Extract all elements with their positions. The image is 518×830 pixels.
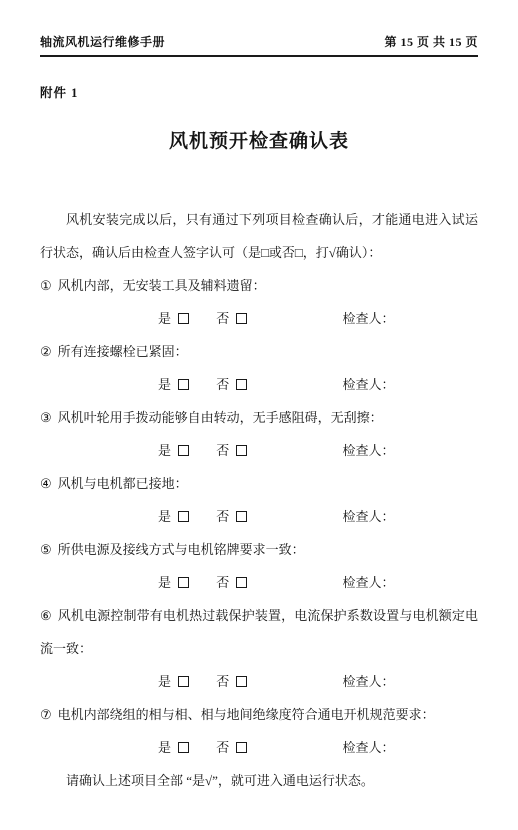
item-6-yes-checkbox[interactable] [178, 676, 189, 687]
header-page-number: 第 15 页 共 15 页 [384, 33, 478, 50]
header-manual-title: 轴流风机运行维修手册 [40, 33, 165, 50]
item-1-description: 风机内部，无安装工具及辅料遗留： [58, 278, 266, 293]
no-label: 否 [216, 674, 229, 689]
checklist-item-5: ⑤所供电源及接线方式与电机铭牌要求一致： 是 否 检查人： [40, 533, 478, 599]
item-6-number: ⑥ [40, 608, 52, 623]
item-5-text: ⑤所供电源及接线方式与电机铭牌要求一致： [40, 533, 478, 566]
item-7-response-row: 是 否 检查人： [40, 731, 478, 764]
yes-label: 是 [158, 575, 171, 590]
yes-label: 是 [158, 509, 171, 524]
inspector-label: 检查人： [343, 575, 395, 590]
item-2-description: 所有连接螺栓已紧固： [58, 344, 188, 359]
inspector-label: 检查人： [343, 674, 395, 689]
inspector-label: 检查人： [343, 443, 395, 458]
item-5-description: 所供电源及接线方式与电机铭牌要求一致： [58, 542, 305, 557]
no-label: 否 [216, 740, 229, 755]
item-2-response-row: 是 否 检查人： [40, 368, 478, 401]
item-4-text: ④风机与电机都已接地： [40, 467, 478, 500]
yes-label: 是 [158, 740, 171, 755]
inspector-label: 检查人： [343, 311, 395, 326]
item-4-response-row: 是 否 检查人： [40, 500, 478, 533]
checklist-item-1: ①风机内部，无安装工具及辅料遗留： 是 否 检查人： [40, 269, 478, 335]
item-3-no-checkbox[interactable] [236, 445, 247, 456]
item-7-text: ⑦电机内部绕组的相与相、相与地间绝缘度符合通电开机规范要求： [40, 698, 478, 731]
item-5-response-row: 是 否 检查人： [40, 566, 478, 599]
item-1-yes-checkbox[interactable] [178, 313, 189, 324]
item-7-number: ⑦ [40, 707, 52, 722]
no-label: 否 [216, 443, 229, 458]
item-3-description: 风机叶轮用手拨动能够自由转动，无手感阻碍，无刮擦： [58, 410, 383, 425]
item-2-yes-checkbox[interactable] [178, 379, 189, 390]
checklist-item-6: ⑥风机电源控制带有电机热过载保护装置，电流保护系数设置与电机额定电流一致： 是 … [40, 599, 478, 698]
document-page: 轴流风机运行维修手册 第 15 页 共 15 页 附件 1 风机预开检查确认表 … [0, 0, 518, 830]
item-5-number: ⑤ [40, 542, 52, 557]
item-2-no-checkbox[interactable] [236, 379, 247, 390]
inspector-label: 检查人： [343, 509, 395, 524]
item-4-description: 风机与电机都已接地： [58, 476, 188, 491]
item-3-number: ③ [40, 410, 52, 425]
confirmation-note: 请确认上述项目全部 “是√”，就可进入通电运行状态。 [40, 764, 478, 797]
item-7-no-checkbox[interactable] [236, 742, 247, 753]
item-5-yes-checkbox[interactable] [178, 577, 189, 588]
item-3-response-row: 是 否 检查人： [40, 434, 478, 467]
item-6-response-row: 是 否 检查人： [40, 665, 478, 698]
item-4-yes-checkbox[interactable] [178, 511, 189, 522]
item-4-number: ④ [40, 476, 52, 491]
no-label: 否 [216, 509, 229, 524]
item-6-no-checkbox[interactable] [236, 676, 247, 687]
page-header: 轴流风机运行维修手册 第 15 页 共 15 页 [40, 33, 478, 57]
checklist-item-4: ④风机与电机都已接地： 是 否 检查人： [40, 467, 478, 533]
intro-paragraph: 风机安装完成以后，只有通过下列项目检查确认后，才能通电进入试运行状态，确认后由检… [40, 203, 478, 269]
item-2-number: ② [40, 344, 52, 359]
yes-label: 是 [158, 311, 171, 326]
item-2-text: ②所有连接螺栓已紧固： [40, 335, 478, 368]
form-title: 风机预开检查确认表 [0, 126, 518, 153]
attachment-label: 附件 1 [40, 83, 478, 101]
item-3-yes-checkbox[interactable] [178, 445, 189, 456]
no-label: 否 [216, 575, 229, 590]
no-label: 否 [216, 377, 229, 392]
item-6-text: ⑥风机电源控制带有电机热过载保护装置，电流保护系数设置与电机额定电流一致： [40, 599, 478, 665]
checklist-item-7: ⑦电机内部绕组的相与相、相与地间绝缘度符合通电开机规范要求： 是 否 检查人： [40, 698, 478, 764]
item-5-no-checkbox[interactable] [236, 577, 247, 588]
no-label: 否 [216, 311, 229, 326]
checklist-item-3: ③风机叶轮用手拨动能够自由转动，无手感阻碍，无刮擦： 是 否 检查人： [40, 401, 478, 467]
item-6-description: 风机电源控制带有电机热过载保护装置，电流保护系数设置与电机额定电流一致： [40, 608, 478, 656]
item-1-response-row: 是 否 检查人： [40, 302, 478, 335]
yes-label: 是 [158, 377, 171, 392]
inspector-label: 检查人： [343, 377, 395, 392]
yes-label: 是 [158, 674, 171, 689]
item-4-no-checkbox[interactable] [236, 511, 247, 522]
form-body: 风机安装完成以后，只有通过下列项目检查确认后，才能通电进入试运行状态，确认后由检… [40, 203, 478, 797]
inspector-label: 检查人： [343, 740, 395, 755]
yes-label: 是 [158, 443, 171, 458]
item-7-yes-checkbox[interactable] [178, 742, 189, 753]
item-1-number: ① [40, 278, 52, 293]
checklist-item-2: ②所有连接螺栓已紧固： 是 否 检查人： [40, 335, 478, 401]
item-3-text: ③风机叶轮用手拨动能够自由转动，无手感阻碍，无刮擦： [40, 401, 478, 434]
item-1-text: ①风机内部，无安装工具及辅料遗留： [40, 269, 478, 302]
item-7-description: 电机内部绕组的相与相、相与地间绝缘度符合通电开机规范要求： [58, 707, 435, 722]
item-1-no-checkbox[interactable] [236, 313, 247, 324]
